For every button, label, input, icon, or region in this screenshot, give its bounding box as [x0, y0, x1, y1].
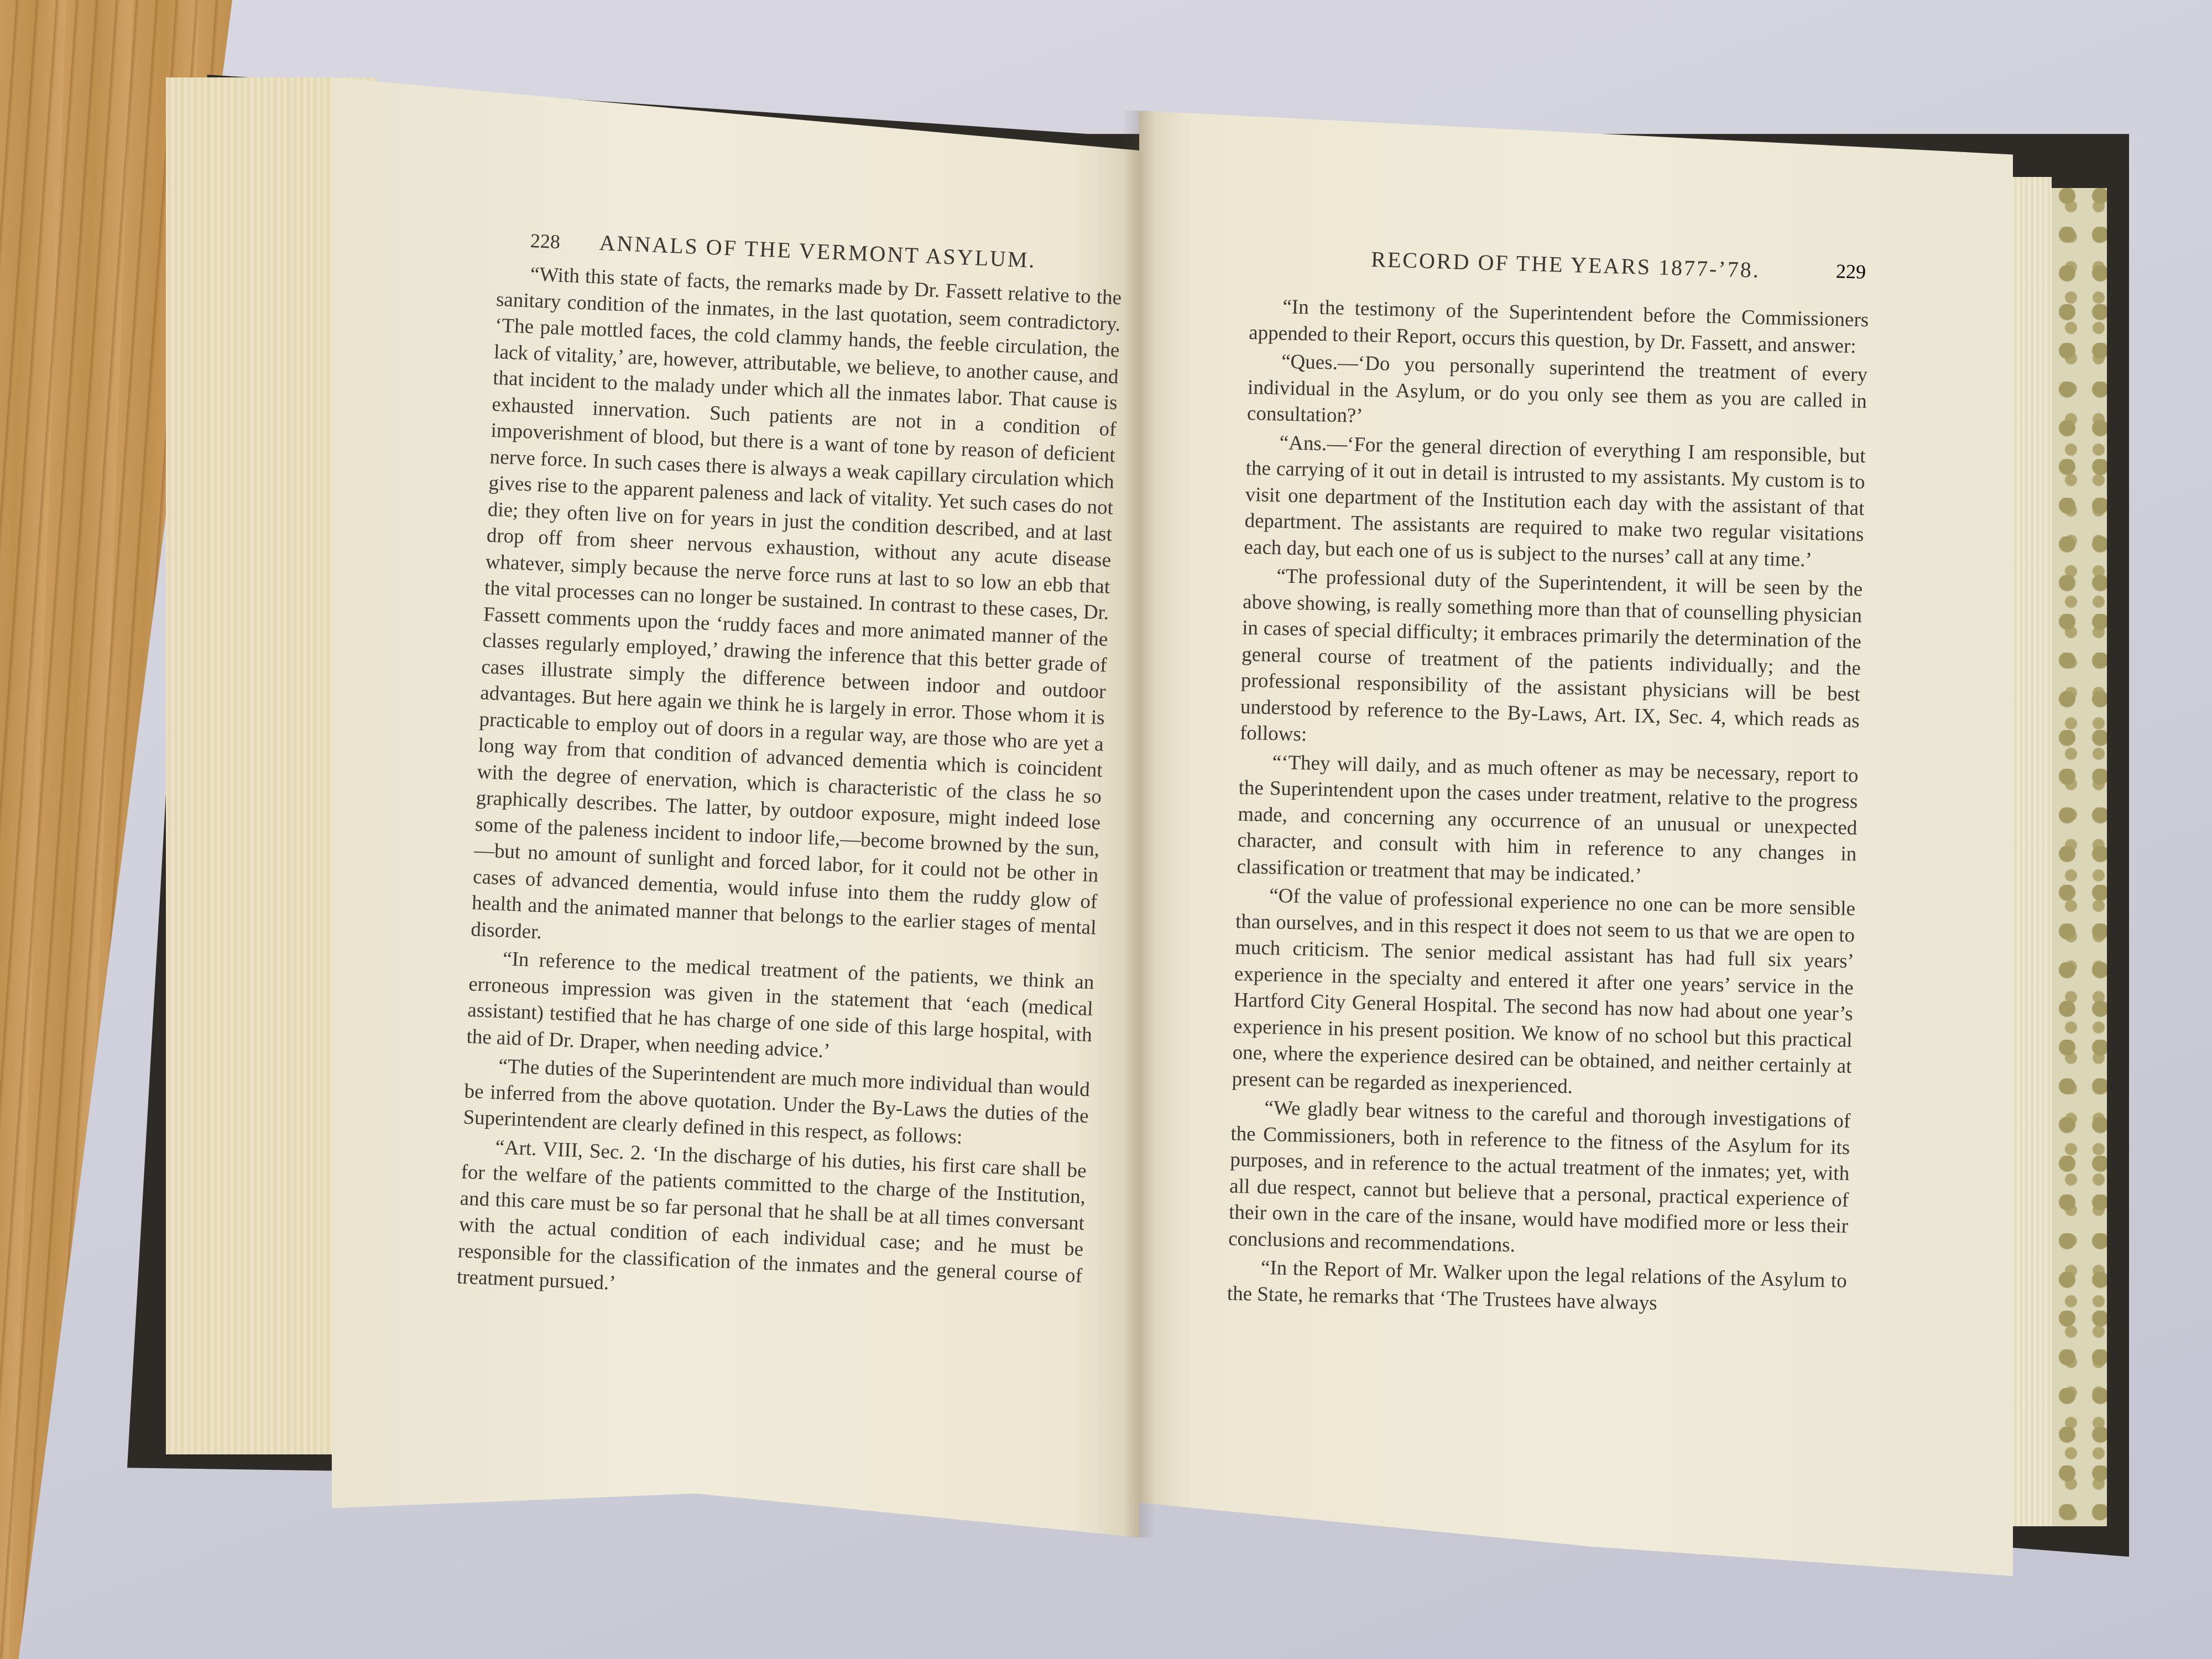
right-paragraph-3: “Ans.—‘For the general direction of ever… — [1244, 429, 1866, 574]
left-paragraph-1: “With this state of facts, the remarks m… — [470, 260, 1122, 967]
right-paragraph-7: “We gladly bear witness to the careful a… — [1228, 1094, 1851, 1266]
right-running-head: RECORD OF THE YEARS 1877-’78. — [1371, 246, 1761, 283]
right-paragraph-5: “‘They will daily, and as much oftener a… — [1237, 748, 1859, 894]
left-paragraph-4: “Art. VIII, Sec. 2. ‘In the discharge of… — [456, 1133, 1087, 1315]
left-page-body: “With this state of facts, the remarks m… — [456, 260, 1122, 1315]
book-gutter — [1123, 111, 1156, 1537]
right-paragraph-8: “In the Report of Mr. Walker upon the le… — [1227, 1254, 1847, 1321]
left-page-number: 228 — [530, 229, 561, 253]
right-paragraph-6: “Of the value of professional experience… — [1232, 882, 1855, 1106]
right-page-number: 229 — [1835, 259, 1866, 283]
left-page: 228 ANNALS OF THE VERMONT ASYLUM. “With … — [332, 77, 1139, 1537]
right-paragraph-4: “The professional duty of the Superinten… — [1239, 562, 1863, 760]
right-paragraph-2: “Ques.—‘Do you personally superintend th… — [1247, 348, 1868, 441]
right-page-body: “In the testimony of the Superintendent … — [1227, 293, 1869, 1321]
right-page: RECORD OF THE YEARS 1877-’78. 229 “In th… — [1139, 111, 2013, 1576]
